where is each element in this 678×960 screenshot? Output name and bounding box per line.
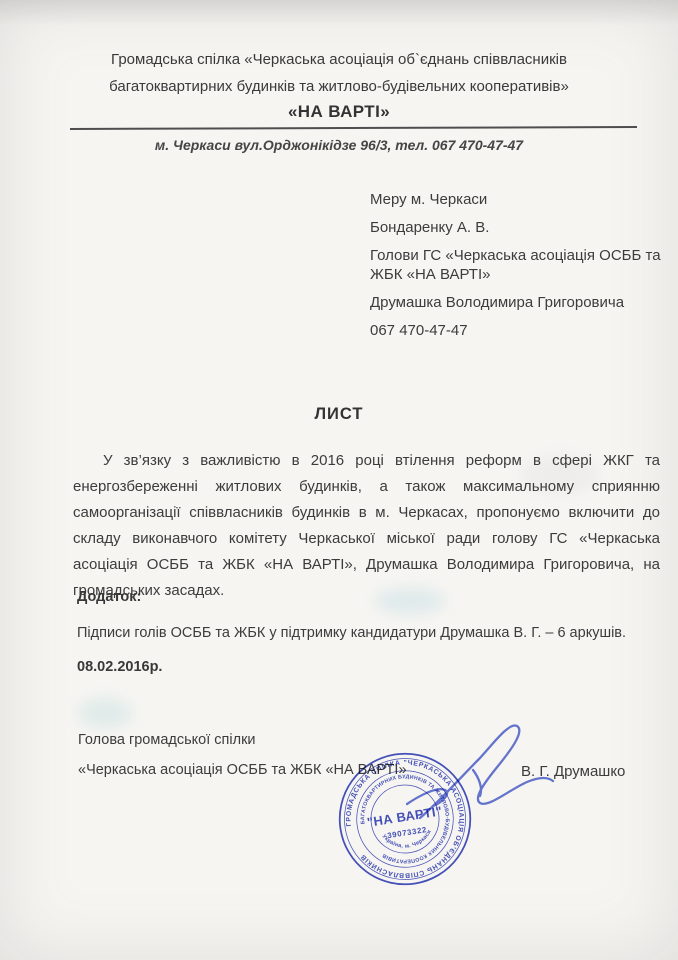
header-divider-line bbox=[70, 126, 637, 130]
signature-svg bbox=[385, 716, 590, 836]
org-address-line: м. Черкаси вул.Орджонікідзе 96/3, тел. 0… bbox=[0, 137, 678, 153]
recipient-line: Бондаренку А. В. bbox=[370, 218, 670, 237]
handwritten-signature bbox=[385, 716, 590, 836]
attachment-text: Підписи голів ОСББ та ЖБК у підтримку ка… bbox=[77, 625, 626, 641]
recipient-phone: 067 470-47-47 bbox=[370, 321, 670, 340]
recipient-line: Голови ГС «Черкаська асоціація ОСББ та Ж… bbox=[370, 246, 670, 284]
letter-date: 08.02.2016р. bbox=[77, 659, 162, 675]
scan-edge-shadow bbox=[0, 0, 678, 26]
org-name-line1: Громадська спілка «Черкаська асоціація о… bbox=[0, 46, 678, 73]
recipient-line: Меру м. Черкаси bbox=[370, 190, 670, 209]
org-name-line2: багатоквартирних будинків та житлово-буд… bbox=[0, 73, 678, 100]
letter-body-paragraph: У зв’язку з важливістю в 2016 році втіле… bbox=[73, 448, 660, 604]
signoff-role-line1: Голова громадської спілки bbox=[78, 732, 256, 748]
org-brand-title: «НА ВАРТІ» bbox=[0, 102, 678, 122]
recipient-line: Друмашка Володимира Григоровича bbox=[370, 293, 670, 312]
attachment-label: Додаток: bbox=[77, 589, 141, 605]
org-name: Громадська спілка «Черкаська асоціація о… bbox=[0, 46, 678, 100]
scan-smudge bbox=[78, 698, 132, 728]
letter-title: ЛИСТ bbox=[0, 405, 678, 424]
scanned-letter-page: Громадська спілка «Черкаська асоціація о… bbox=[0, 0, 678, 960]
recipient-block: Меру м. Черкаси Бондаренку А. В. Голови … bbox=[370, 190, 670, 349]
